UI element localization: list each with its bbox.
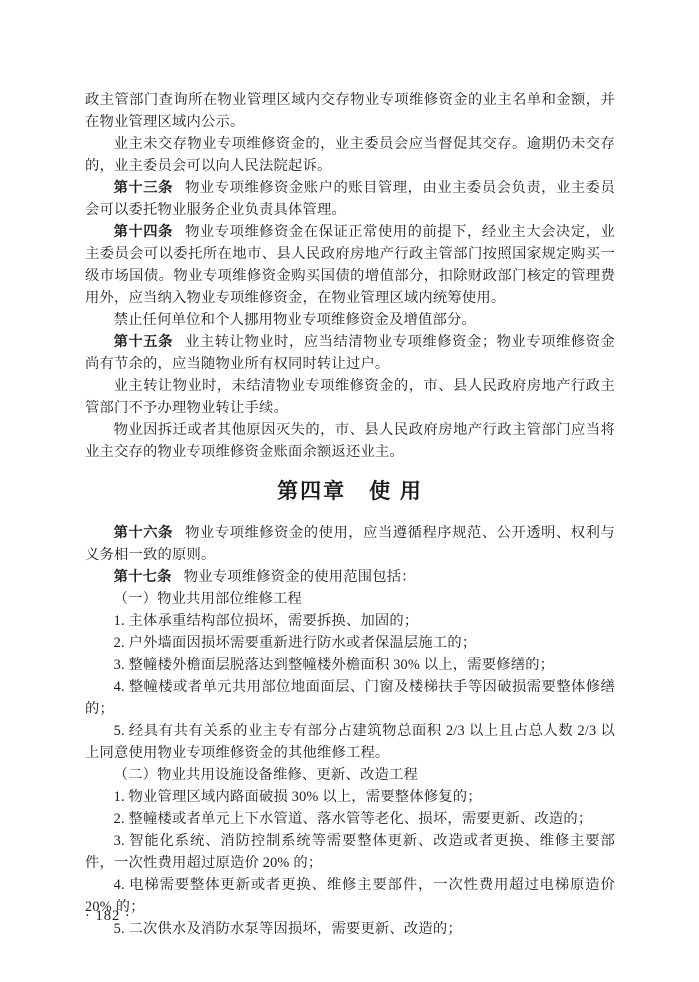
body-paragraph: 5. 二次供水及消防水泵等因损坏，需要更新、改造的； [85, 918, 615, 940]
body-paragraph: （一）物业共用部位维修工程 [85, 588, 615, 610]
article-paragraph: 第十七条物业专项维修资金的使用范围包括： [85, 566, 615, 588]
body-paragraph: 1. 物业管理区域内路面破损 30% 以上，需要整体修复的； [85, 786, 615, 808]
article-number: 第十七条 [114, 569, 172, 585]
article-paragraph: 第十四条物业专项维修资金在保证正常使用的前提下，经业主大会决定，业主委员会可以委… [85, 221, 615, 309]
document-page: 政主管部门查询所在物业管理区域内交存物业专项维修资金的业主名单和金额，并在物业管… [0, 0, 699, 982]
article-paragraph: 第十三条物业专项维修资金账户的账目管理，由业主委员会负责，业主委员会可以委托物业… [85, 177, 615, 221]
body-paragraph: 业主转让物业时，未结清物业专项维修资金的，市、县人民政府房地产行政主管部门不予办… [85, 375, 615, 419]
article-number: 第十六条 [114, 525, 173, 541]
body-paragraph: 5. 经具有共有关系的业主专有部分占建筑物总面积 2/3 以上且占总人数 2/3… [85, 720, 615, 764]
body-paragraph: （二）物业共用设施设备维修、更新、改造工程 [85, 764, 615, 786]
body-paragraph: 物业因拆迁或者其他原因灭失的，市、县人民政府房地产行政主管部门应当将业主交存的物… [85, 419, 615, 463]
article-paragraph: 第十五条业主转让物业时，应当结清物业专项维修资金；物业专项维修资金尚有节余的，应… [85, 331, 615, 375]
body-paragraph: 3. 整幢楼外檐面层脱落达到整幢楼外檐面积 30% 以上，需要修缮的； [85, 654, 615, 676]
chapter-heading: 第四章 使 用 [85, 479, 615, 505]
body-paragraph: 业主未交存物业专项维修资金的，业主委员会应当督促其交存。逾期仍未交存的，业主委员… [85, 133, 615, 177]
body-paragraph: 2. 户外墙面因损坏需要重新进行防水或者保温层施工的； [85, 632, 615, 654]
body-paragraph: 3. 智能化系统、消防控制系统等需要整体更新、改造或者更换、维修主要部件，一次性… [85, 830, 615, 874]
document-body: 政主管部门查询所在物业管理区域内交存物业专项维修资金的业主名单和金额，并在物业管… [85, 89, 615, 940]
body-paragraph: 4. 整幢楼或者单元共用部位地面面层、门窗及楼梯扶手等因破损需要整体修缮的； [85, 676, 615, 720]
body-paragraph: 禁止任何单位和个人挪用物业专项维修资金及增值部分。 [85, 309, 615, 331]
body-paragraph: 2. 整幢楼或者单元上下水管道、落水管等老化、损坏，需要更新、改造的； [85, 808, 615, 830]
page-footer: · 182 · [85, 906, 131, 926]
article-number: 第十四条 [114, 224, 173, 240]
body-paragraph: 4. 电梯需要整体更新或者更换、维修主要部件，一次性费用超过电梯原造价 20% … [85, 874, 615, 918]
article-paragraph: 第十六条物业专项维修资金的使用，应当遵循程序规范、公开透明、权利与义务相一致的原… [85, 522, 615, 566]
page-number: · 182 · [85, 908, 131, 924]
body-paragraph: 1. 主体承重结构部位损坏，需要拆换、加固的； [85, 610, 615, 632]
article-number: 第十五条 [114, 334, 173, 350]
article-number: 第十三条 [114, 180, 173, 196]
body-paragraph: 政主管部门查询所在物业管理区域内交存物业专项维修资金的业主名单和金额，并在物业管… [85, 89, 615, 133]
